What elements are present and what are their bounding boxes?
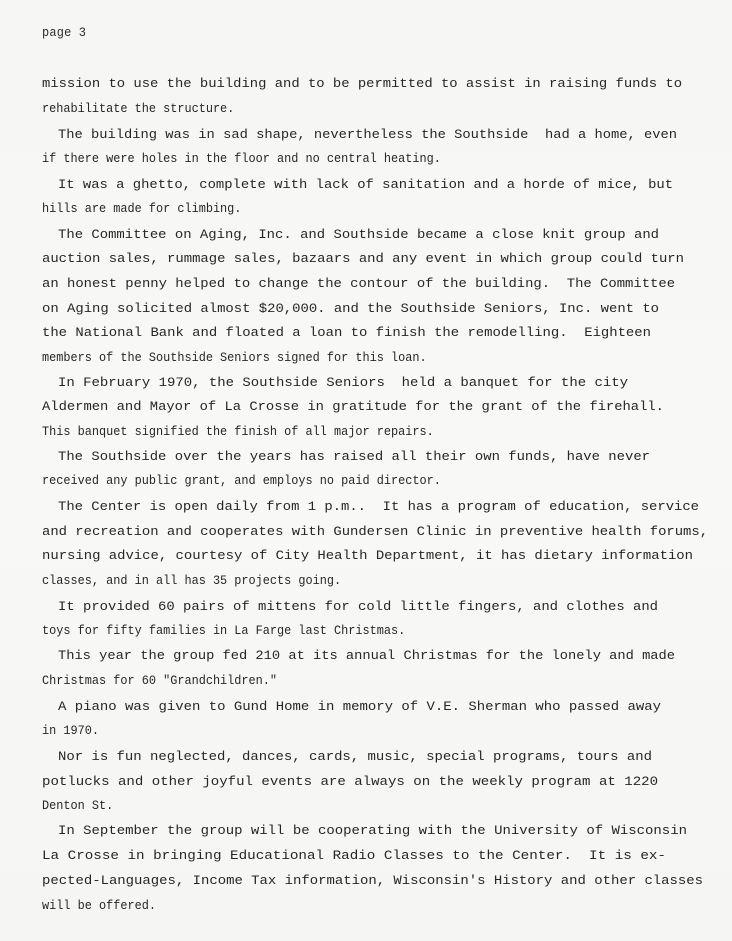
text-line: The building was in sad shape, neverthel… [58, 127, 677, 143]
text-line: The Center is open daily from 1 p.m.. It… [58, 499, 699, 515]
document-page: page 3 mission to use the building and t… [0, 0, 732, 941]
text-line: Aldermen and Mayor of La Crosse in grati… [42, 399, 664, 415]
text-line: Christmas for 60 "Grandchildren." [42, 673, 277, 689]
text-line: auction sales, rummage sales, bazaars an… [42, 251, 684, 267]
text-line: The Southside over the years has raised … [58, 449, 650, 465]
text-line: received any public grant, and employs n… [42, 473, 441, 489]
text-line: toys for fifty families in La Farge last… [42, 623, 405, 639]
text-line: the National Bank and floated a loan to … [42, 325, 651, 341]
text-line: It provided 60 pairs of mittens for cold… [58, 599, 658, 615]
text-line: members of the Southside Seniors signed … [42, 350, 427, 366]
text-line: will be offered. [42, 898, 156, 914]
text-line: La Crosse in bringing Educational Radio … [42, 848, 666, 864]
text-line: A piano was given to Gund Home in memory… [58, 699, 661, 715]
text-line: hills are made for climbing. [42, 201, 241, 217]
text-line: on Aging solicited almost $20,000. and t… [42, 301, 659, 317]
text-line: potlucks and other joyful events are alw… [42, 774, 658, 790]
text-line: in 1970. [42, 723, 99, 739]
text-line: Denton St. [42, 798, 113, 814]
text-line: classes, and in all has 35 projects goin… [42, 573, 341, 589]
text-line: nursing advice, courtesy of City Health … [42, 548, 693, 564]
text-line: In September the group will be cooperati… [58, 823, 687, 839]
text-line: pected-Languages, Income Tax information… [42, 873, 703, 889]
text-line: rehabilitate the structure. [42, 101, 234, 117]
text-line: The Committee on Aging, Inc. and Southsi… [58, 227, 659, 243]
text-line: an honest penny helped to change the con… [42, 276, 675, 292]
text-line: if there were holes in the floor and no … [42, 151, 441, 167]
text-line: This banquet signified the finish of all… [42, 424, 434, 440]
text-line: mission to use the building and to be pe… [42, 76, 682, 92]
text-line: This year the group fed 210 at its annua… [58, 648, 675, 664]
page-number: page 3 [42, 25, 86, 40]
text-line: In February 1970, the Southside Seniors … [58, 375, 628, 391]
text-line: Nor is fun neglected, dances, cards, mus… [58, 749, 652, 765]
text-line: It was a ghetto, complete with lack of s… [58, 177, 673, 193]
text-line: and recreation and cooperates with Gunde… [42, 524, 708, 540]
